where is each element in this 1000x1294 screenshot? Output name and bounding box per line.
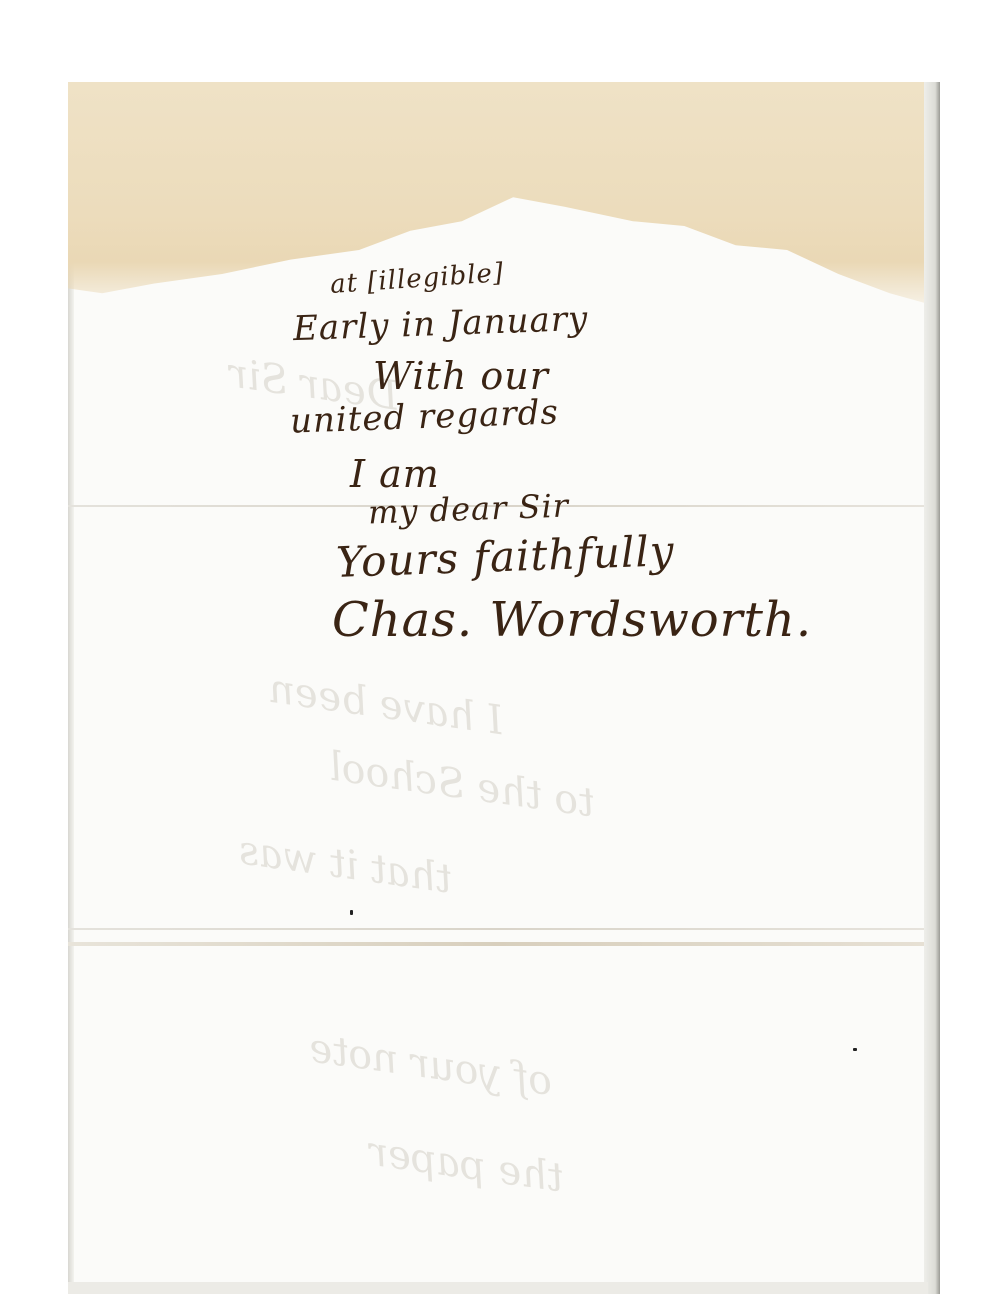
closing-line: Yours faithfully [335, 526, 675, 587]
ink-speck [350, 910, 353, 915]
scan-speck [853, 1048, 857, 1051]
signature: Chas. Wordsworth. [332, 592, 812, 648]
letter-page: Dear Sir I have been to the School that … [68, 82, 940, 1294]
letter-line: Early in January [292, 299, 588, 349]
bleedthrough-text: to the School [326, 744, 597, 827]
letter-line: I am [350, 452, 440, 496]
fold-crease [68, 942, 928, 946]
page-right-edge [924, 82, 940, 1294]
letter-line: at [illegible] [329, 258, 505, 300]
bleedthrough-text: that it was [236, 827, 455, 902]
bleedthrough-text: of your note [306, 1025, 555, 1105]
page-bottom-edge [68, 1282, 928, 1294]
letter-line: With our [373, 354, 549, 398]
letter-line: united regards [289, 392, 559, 441]
bleedthrough-text: I have been [266, 666, 506, 744]
letter-line: my dear Sir [367, 487, 569, 532]
bleedthrough-text: the paper [366, 1129, 567, 1202]
fold-crease [68, 928, 928, 930]
